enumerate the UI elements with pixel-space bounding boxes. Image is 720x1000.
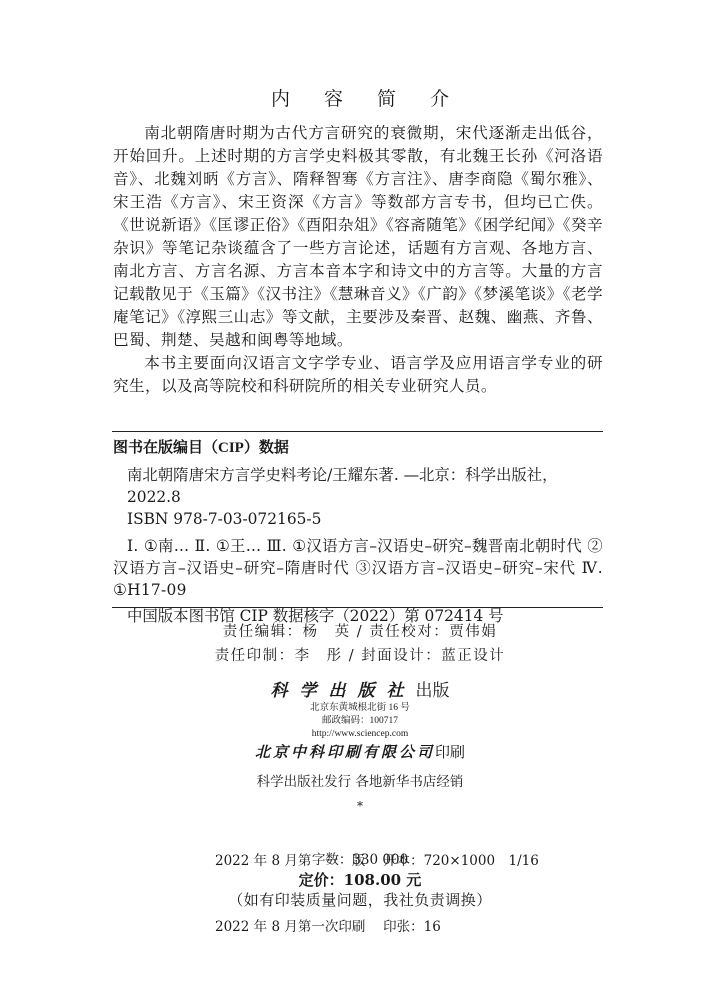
publisher-suffix: 出版 — [416, 681, 450, 701]
cip-classification: Ⅰ. ①南… Ⅱ. ①王… Ⅲ. ①汉语方言–汉语史–研究–魏晋南北朝时代 ②汉… — [113, 535, 603, 601]
printer-suffix: 印刷 — [435, 743, 465, 761]
publisher-postcode: 邮政编码：100717 — [0, 715, 720, 728]
cip-title-line: 南北朝隋唐宋方言学史料考论/王耀东著. —北京：科学出版社，2022.8 — [113, 464, 603, 508]
credits-block: 责任编辑：杨 英 / 责任校对：贾伟娟 责任印制：李 彤 / 封面设计：蓝正设计 — [0, 620, 720, 668]
cip-data-block: 图书在版编目（CIP）数据 南北朝隋唐宋方言学史料考论/王耀东著. —北京：科学… — [113, 436, 603, 627]
publisher-logo-text: 科学出版社 — [271, 681, 416, 701]
cip-heading-prefix: 图书在版编目（ — [113, 438, 218, 456]
cip-heading: 图书在版编目（CIP）数据 — [113, 436, 603, 459]
summary-paragraph: 本书主要面向汉语言文字学专业、语言学及应用语言学专业的研究生，以及高等院校和科研… — [113, 352, 603, 398]
price: 定价：108.00 元 — [0, 869, 720, 891]
printer-logo-text: 北京中科印刷有限公司 — [255, 743, 435, 761]
printer-line: 北京中科印刷有限公司印刷 — [0, 741, 720, 763]
publisher-line: 科学出版社出版 — [0, 680, 720, 702]
colophon-block: 科学出版社出版 北京东黄城根北街 16 号 邮政编码：100717 http:/… — [0, 680, 720, 813]
publisher-website: http://www.sciencep.com — [0, 728, 720, 741]
copyright-page: 内 容 简 介 南北朝隋唐时期为古代方言研究的衰微期，宋代逐渐走出低谷，开始回升… — [0, 0, 720, 1000]
cip-top-divider — [112, 431, 603, 432]
distribution-line: 科学出版社发行 各地新华书店经销 — [0, 771, 720, 793]
printing-line: 2022 年 8 月第一次印刷 印张：16 — [215, 916, 539, 938]
cip-heading-latin: CIP — [218, 440, 244, 456]
cip-bottom-divider — [112, 607, 603, 608]
word-count: 字数：330 000 — [0, 849, 720, 871]
summary-paragraph: 南北朝隋唐时期为古代方言研究的衰微期，宋代逐渐走出低谷，开始回升。上述时期的方言… — [113, 122, 603, 352]
page-title: 内 容 简 介 — [0, 84, 720, 111]
printing-credit-line: 责任印制：李 彤 / 封面设计：蓝正设计 — [0, 644, 720, 668]
publisher-address: 北京东黄城根北街 16 号 — [0, 702, 720, 715]
cip-isbn: ISBN 978-7-03-072165-5 — [113, 508, 603, 530]
cip-heading-suffix: ）数据 — [244, 438, 289, 456]
editor-credit-line: 责任编辑：杨 英 / 责任校对：贾伟娟 — [0, 620, 720, 644]
quality-notice: （如有印装质量问题，我社负责调换） — [0, 889, 720, 911]
content-summary: 南北朝隋唐时期为古代方言研究的衰微期，宋代逐渐走出低谷，开始回升。上述时期的方言… — [113, 122, 603, 398]
